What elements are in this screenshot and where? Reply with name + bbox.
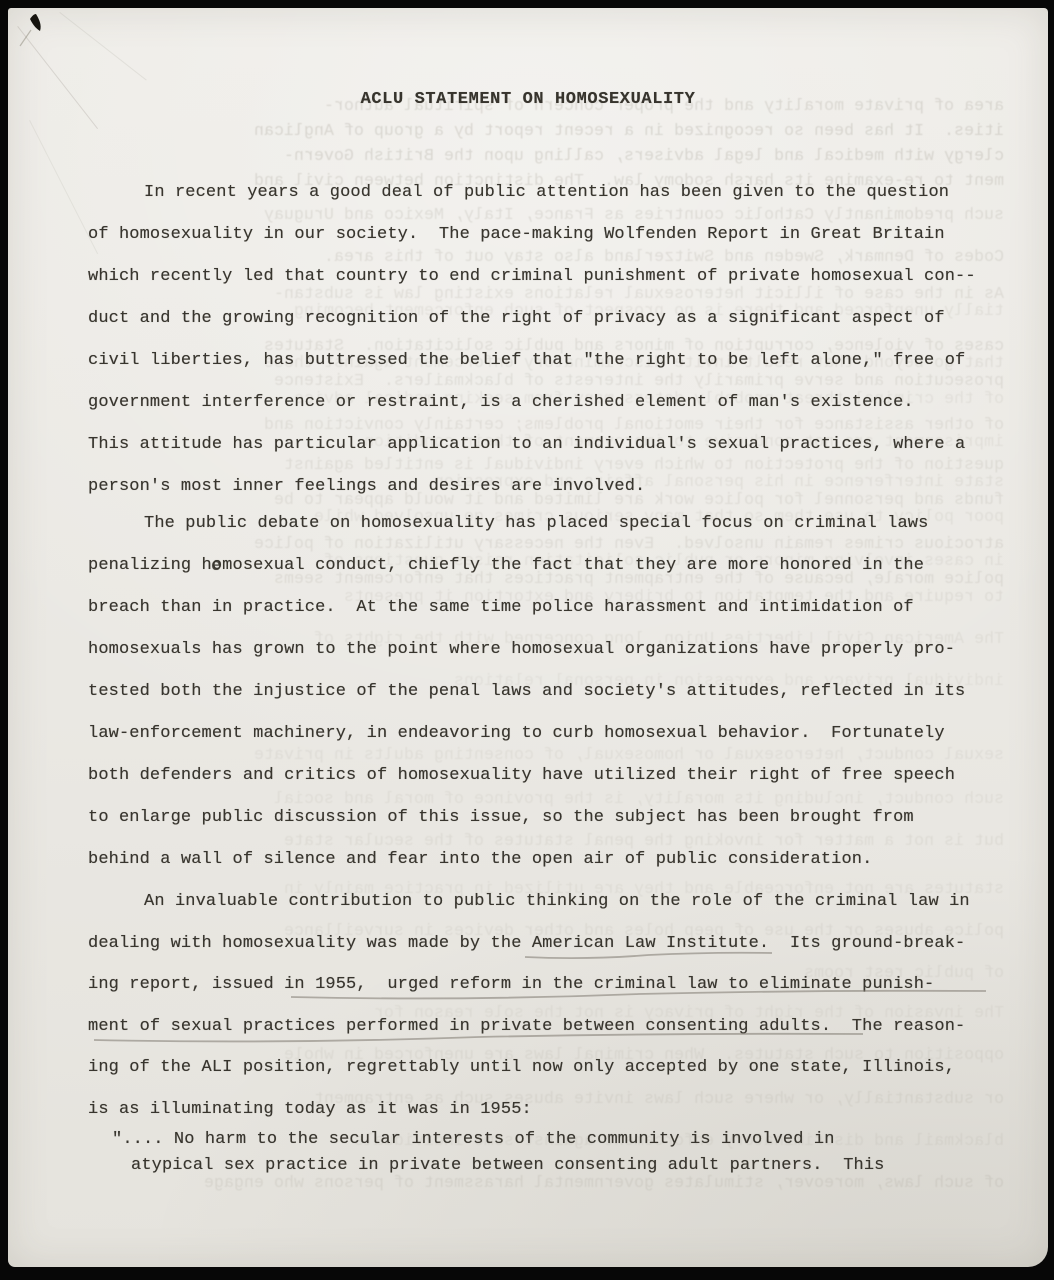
body-line: The public debate on homosexuality has p… <box>144 514 928 533</box>
body-line: In recent years a good deal of public at… <box>144 183 949 202</box>
body-line: of homosexuality in our society. The pac… <box>88 225 945 244</box>
body-line: is as illuminating today as it was in 19… <box>88 1100 532 1119</box>
body-line: ing of the ALI position, regrettably unt… <box>88 1058 955 1077</box>
body-line: to enlarge public discussion of this iss… <box>88 808 914 827</box>
scan-background: area of private morality and the proper … <box>0 0 1054 1280</box>
body-line: person's most inner feelings and desires… <box>88 477 645 496</box>
body-line: duct and the growing recognition of the … <box>88 309 945 328</box>
body-line: breach than in practice. At the same tim… <box>88 598 914 617</box>
body-line: behind a wall of silence and fear into t… <box>88 850 872 869</box>
document-body: In recent years a good deal of public at… <box>0 0 1054 1280</box>
body-line: government interference or restraint, is… <box>88 393 914 412</box>
body-line: homosexuals has grown to the point where… <box>88 640 955 659</box>
body-line: tested both the injustice of the penal l… <box>88 682 965 701</box>
body-line: ing report, issued in 1955, urged reform… <box>88 975 934 994</box>
body-line: law-enforcement machinery, in endeavorin… <box>88 724 945 743</box>
quote-line: atypical sex practice in private between… <box>131 1156 884 1175</box>
body-line: civil liberties, has buttressed the beli… <box>88 351 965 370</box>
quote-line: ".... No harm to the secular interests o… <box>112 1130 835 1149</box>
body-line: which recently led that country to end c… <box>88 267 976 286</box>
typewriter-overstrike: e <box>211 557 221 576</box>
body-line: ment of sexual practices performed in pr… <box>88 1017 965 1036</box>
body-line: This attitude has particular application… <box>88 435 965 454</box>
body-line: dealing with homosexuality was made by t… <box>88 934 965 953</box>
body-line: An invaluable contribution to public thi… <box>144 892 970 911</box>
body-line: both defenders and critics of homosexual… <box>88 766 955 785</box>
